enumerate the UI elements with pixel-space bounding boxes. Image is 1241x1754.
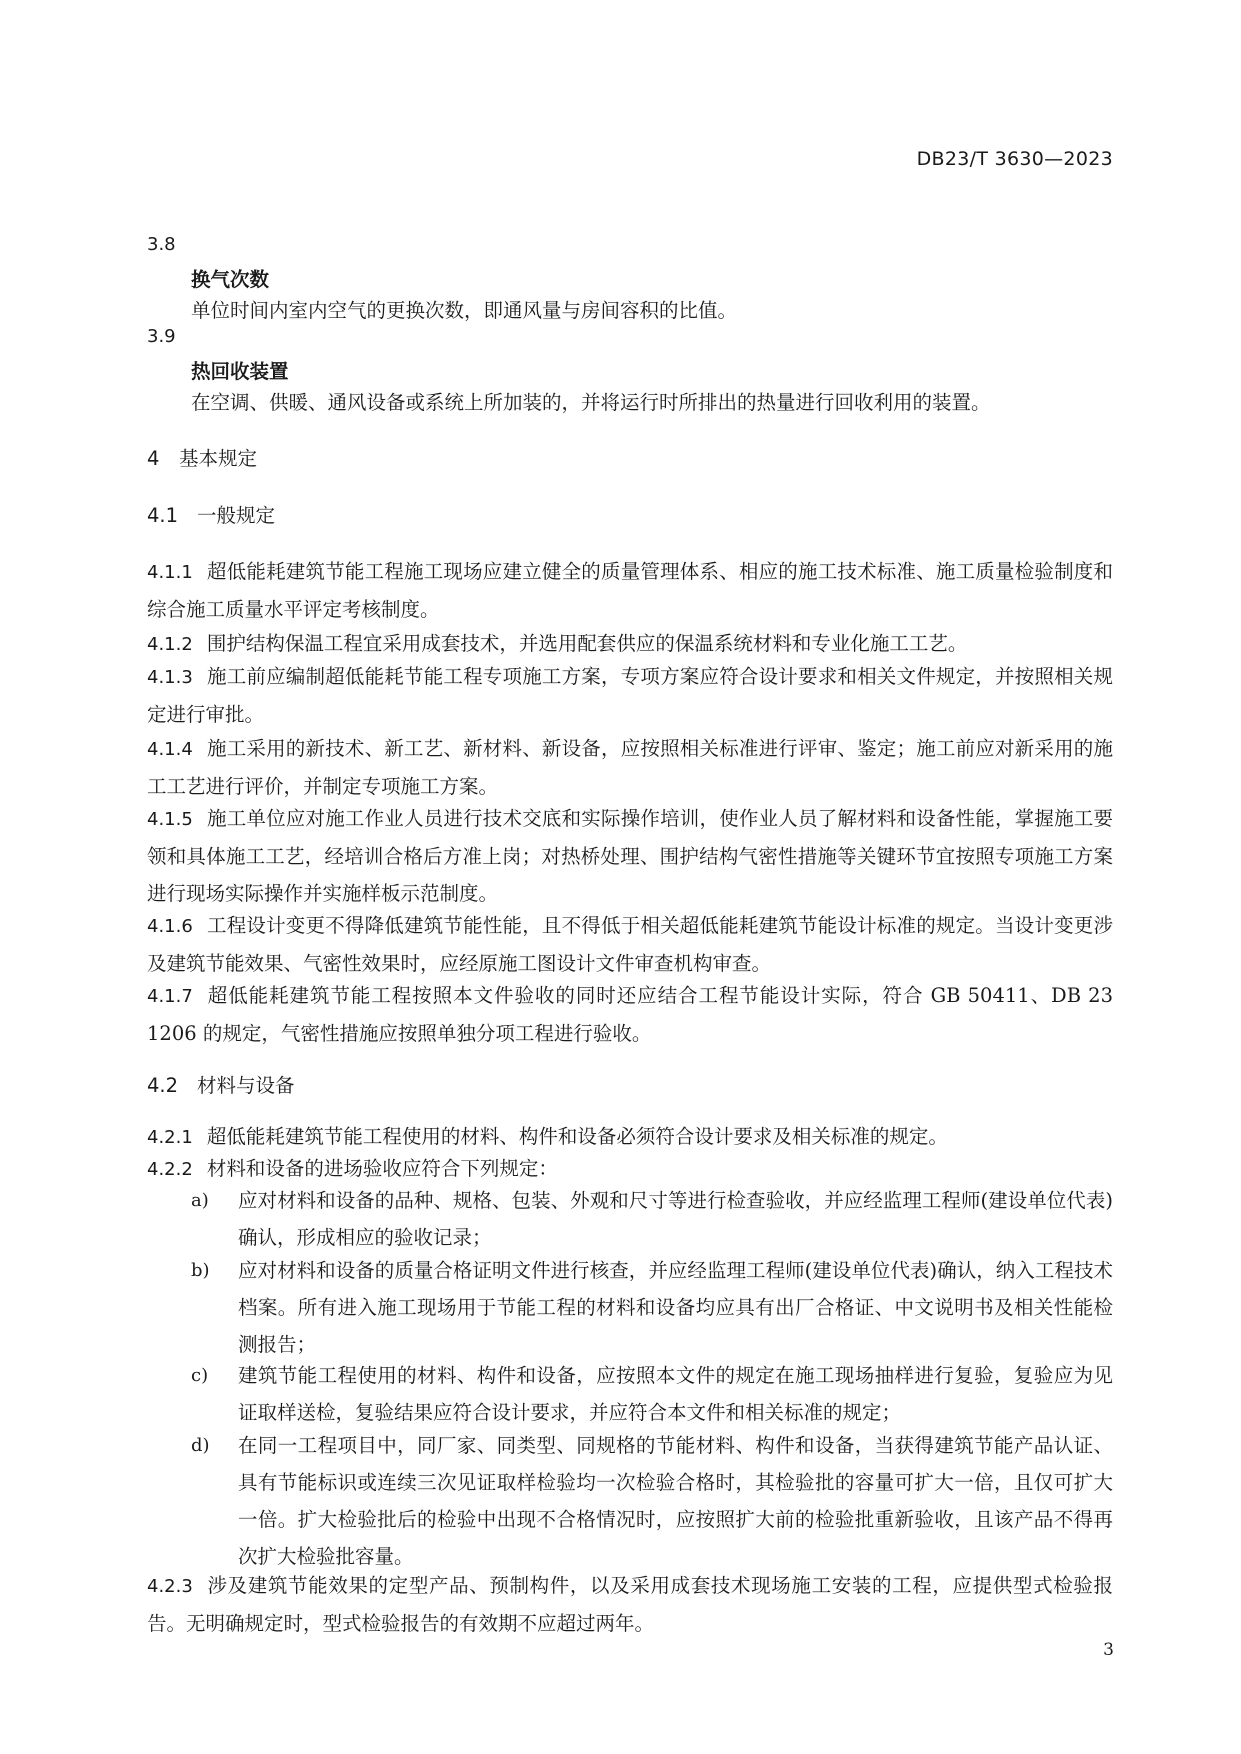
clause-number: 4.2.3: [147, 1576, 193, 1597]
chapter-number: 4: [147, 440, 179, 477]
clause-number: 4.1.6: [147, 916, 193, 937]
clause: 4.1.7超低能耗建筑节能工程按照本文件验收的同时还应结合工程节能设计实际，符合…: [147, 977, 1113, 1052]
clause-text: 涉及建筑节能效果的定型产品、预制构件，以及采用成套技术现场施工安装的工程，应提供…: [147, 1574, 1113, 1635]
document-page: DB23/T 3630—2023 3.8 换气次数 单位时间内室内空气的更换次数…: [0, 0, 1241, 1754]
list-item-label: d): [191, 1427, 210, 1464]
section-title: 一般规定: [197, 504, 275, 527]
list-item-label: a): [191, 1182, 209, 1219]
clause-text: 围护结构保温工程宜采用成套技术，并选用配套供应的保温系统材料和专业化施工工艺。: [207, 632, 968, 655]
list-item-text: 建筑节能工程使用的材料、构件和设备，应按照本文件的规定在施工现场抽样进行复验，复…: [238, 1357, 1113, 1431]
list-item-label: b): [191, 1252, 210, 1289]
clause: 4.2.3涉及建筑节能效果的定型产品、预制构件，以及采用成套技术现场施工安装的工…: [147, 1567, 1113, 1642]
term-number: 3.8: [147, 226, 176, 263]
clause: 4.1.3施工前应编制超低能耗节能工程专项施工方案，专项方案应符合设计要求和相关…: [147, 658, 1113, 733]
list-item: d)在同一工程项目中，同厂家、同类型、同规格的节能材料、构件和设备，当获得建筑节…: [191, 1427, 1113, 1575]
clause-text: 施工采用的新技术、新工艺、新材料、新设备，应按照相关标准进行评审、鉴定；施工前应…: [147, 737, 1113, 798]
chapter-title: 基本规定: [179, 447, 257, 470]
clause-number: 4.1.5: [147, 809, 193, 830]
clause-text: 超低能耗建筑节能工程使用的材料、构件和设备必须符合设计要求及相关标准的规定。: [207, 1125, 948, 1148]
term-definition: 在空调、供暖、通风设备或系统上所加装的，并将运行时所排出的热量进行回收利用的装置…: [191, 384, 991, 421]
clause-number: 4.2.2: [147, 1159, 193, 1180]
clause-text: 超低能耗建筑节能工程施工现场应建立健全的质量管理体系、相应的施工技术标准、施工质…: [147, 560, 1113, 621]
page-number: 3: [1103, 1640, 1114, 1660]
clause: 4.1.6工程设计变更不得降低建筑节能性能，且不得低于相关超低能耗建筑节能设计标…: [147, 907, 1113, 982]
list-item: b)应对材料和设备的质量合格证明文件进行核查，并应经监理工程师(建设单位代表)确…: [191, 1252, 1113, 1363]
clause-text: 施工单位应对施工作业人员进行技术交底和实际操作培训，使作业人员了解材料和设备性能…: [147, 807, 1113, 905]
clause: 4.1.1超低能耗建筑节能工程施工现场应建立健全的质量管理体系、相应的施工技术标…: [147, 553, 1113, 628]
clause: 4.1.5施工单位应对施工作业人员进行技术交底和实际操作培训，使作业人员了解材料…: [147, 800, 1113, 912]
list-item-text: 应对材料和设备的品种、规格、包装、外观和尺寸等进行检查验收，并应经监理工程师(建…: [238, 1182, 1113, 1256]
chapter-heading: 4基本规定: [147, 440, 257, 477]
section-heading: 4.1一般规定: [147, 497, 275, 534]
clause-text: 超低能耗建筑节能工程按照本文件验收的同时还应结合工程节能设计实际，符合 GB 5…: [147, 984, 1113, 1045]
clause-number: 4.2.1: [147, 1127, 193, 1148]
section-heading: 4.2材料与设备: [147, 1067, 295, 1104]
list-item-text: 在同一工程项目中，同厂家、同类型、同规格的节能材料、构件和设备，当获得建筑节能产…: [238, 1427, 1113, 1575]
list-item: a)应对材料和设备的品种、规格、包装、外观和尺寸等进行检查验收，并应经监理工程师…: [191, 1182, 1113, 1256]
clause-number: 4.1.7: [147, 986, 193, 1007]
section-number: 4.1: [147, 497, 197, 534]
list-item-label: c): [191, 1357, 208, 1394]
list-item: c)建筑节能工程使用的材料、构件和设备，应按照本文件的规定在施工现场抽样进行复验…: [191, 1357, 1113, 1431]
section-title: 材料与设备: [197, 1074, 295, 1097]
clause: 4.1.4施工采用的新技术、新工艺、新材料、新设备，应按照相关标准进行评审、鉴定…: [147, 730, 1113, 805]
clause-number: 4.1.4: [147, 739, 193, 760]
document-code: DB23/T 3630—2023: [917, 148, 1113, 170]
term-number: 3.9: [147, 318, 176, 355]
clause-text: 施工前应编制超低能耗节能工程专项施工方案，专项方案应符合设计要求和相关文件规定，…: [147, 665, 1113, 726]
clause-text: 材料和设备的进场验收应符合下列规定：: [207, 1157, 558, 1180]
clause-number: 4.1.1: [147, 562, 193, 583]
list-item-text: 应对材料和设备的质量合格证明文件进行核查，并应经监理工程师(建设单位代表)确认，…: [238, 1252, 1113, 1363]
term-definition: 单位时间内室内空气的更换次数，即通风量与房间容积的比值。: [191, 292, 737, 329]
clause-number: 4.1.2: [147, 634, 193, 655]
clause-number: 4.1.3: [147, 667, 193, 688]
section-number: 4.2: [147, 1067, 197, 1104]
clause-text: 工程设计变更不得降低建筑节能性能，且不得低于相关超低能耗建筑节能设计标准的规定。…: [147, 914, 1113, 975]
